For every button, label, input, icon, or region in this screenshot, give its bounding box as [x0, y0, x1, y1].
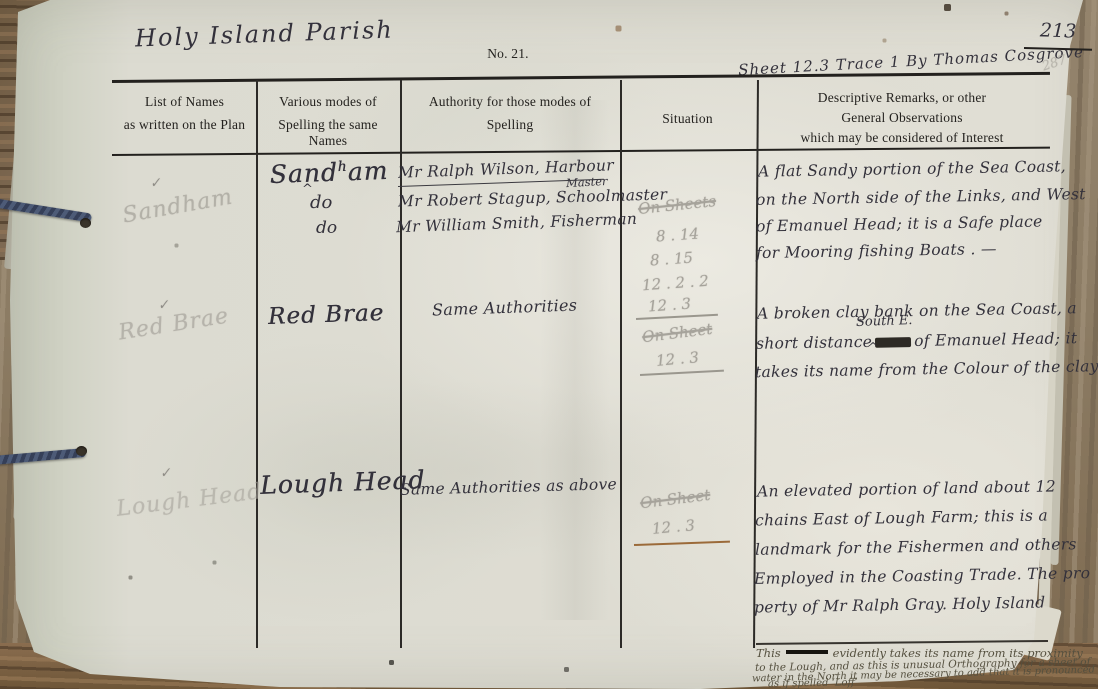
col-header-situation: Situation	[622, 111, 753, 127]
col-header-names-2: as written on the Plan	[113, 117, 256, 133]
binding-hole-bottom	[76, 446, 87, 456]
pencil-check-mark: ✓	[149, 175, 162, 191]
col-header-remarks-3: which may be considered of Interest	[757, 130, 1047, 146]
situation-ref: 12 . 3	[651, 516, 695, 538]
situation-ref-4: 12 . 3	[647, 295, 691, 316]
ditto-2: do	[316, 218, 337, 238]
col-header-names-1: List of Names	[113, 94, 256, 110]
column-divider-3	[620, 80, 622, 648]
inked-out-word	[875, 337, 911, 348]
pencil-check-mark: ✓	[159, 465, 172, 481]
col-header-authority-2: Spelling	[402, 117, 618, 133]
spelling-suffix: am	[347, 156, 389, 186]
situation-ref-1: 8 . 14	[655, 225, 699, 246]
situation-ref: 12 . 3	[655, 348, 699, 370]
paper-specks	[0, 0, 1, 1]
remarks-mid-prefix: short distance	[756, 333, 872, 353]
binding-hole-top	[80, 218, 91, 228]
remarks-insertion-above: South E.	[856, 313, 913, 330]
form-number: No. 21.	[468, 46, 548, 62]
scanned-name-book-page: Holy Island Parish No. 21. Sheet 12.3 Tr…	[0, 0, 1098, 689]
spelling-insert: h	[337, 159, 347, 175]
col-header-remarks-1: Descriptive Remarks, or other	[757, 90, 1047, 106]
spelling-name-row: Sandham	[258, 156, 401, 190]
remarks-mid-suffix: of Emanuel Head; it	[914, 329, 1077, 350]
footnote-dash	[786, 650, 828, 654]
col-header-spelling-2: Spelling the same Names	[258, 117, 398, 149]
col-header-remarks-2: General Observations	[757, 110, 1047, 126]
ditto-1: do	[310, 192, 332, 213]
col-header-spelling-1: Various modes of	[258, 94, 398, 110]
footnote-line-4: as if spelled ‘Loff’	[768, 677, 858, 689]
remarks-insertion-caret: ^	[868, 340, 878, 354]
col-header-authority-1: Authority for those modes of	[402, 94, 618, 110]
situation-ref-2: 8 . 15	[649, 249, 693, 270]
page-number: 213	[1040, 19, 1077, 42]
footnote-l1-prefix: This	[756, 646, 781, 660]
pencil-check-mark: ✓	[157, 297, 170, 313]
spelling-name: Red Brae	[268, 300, 385, 330]
